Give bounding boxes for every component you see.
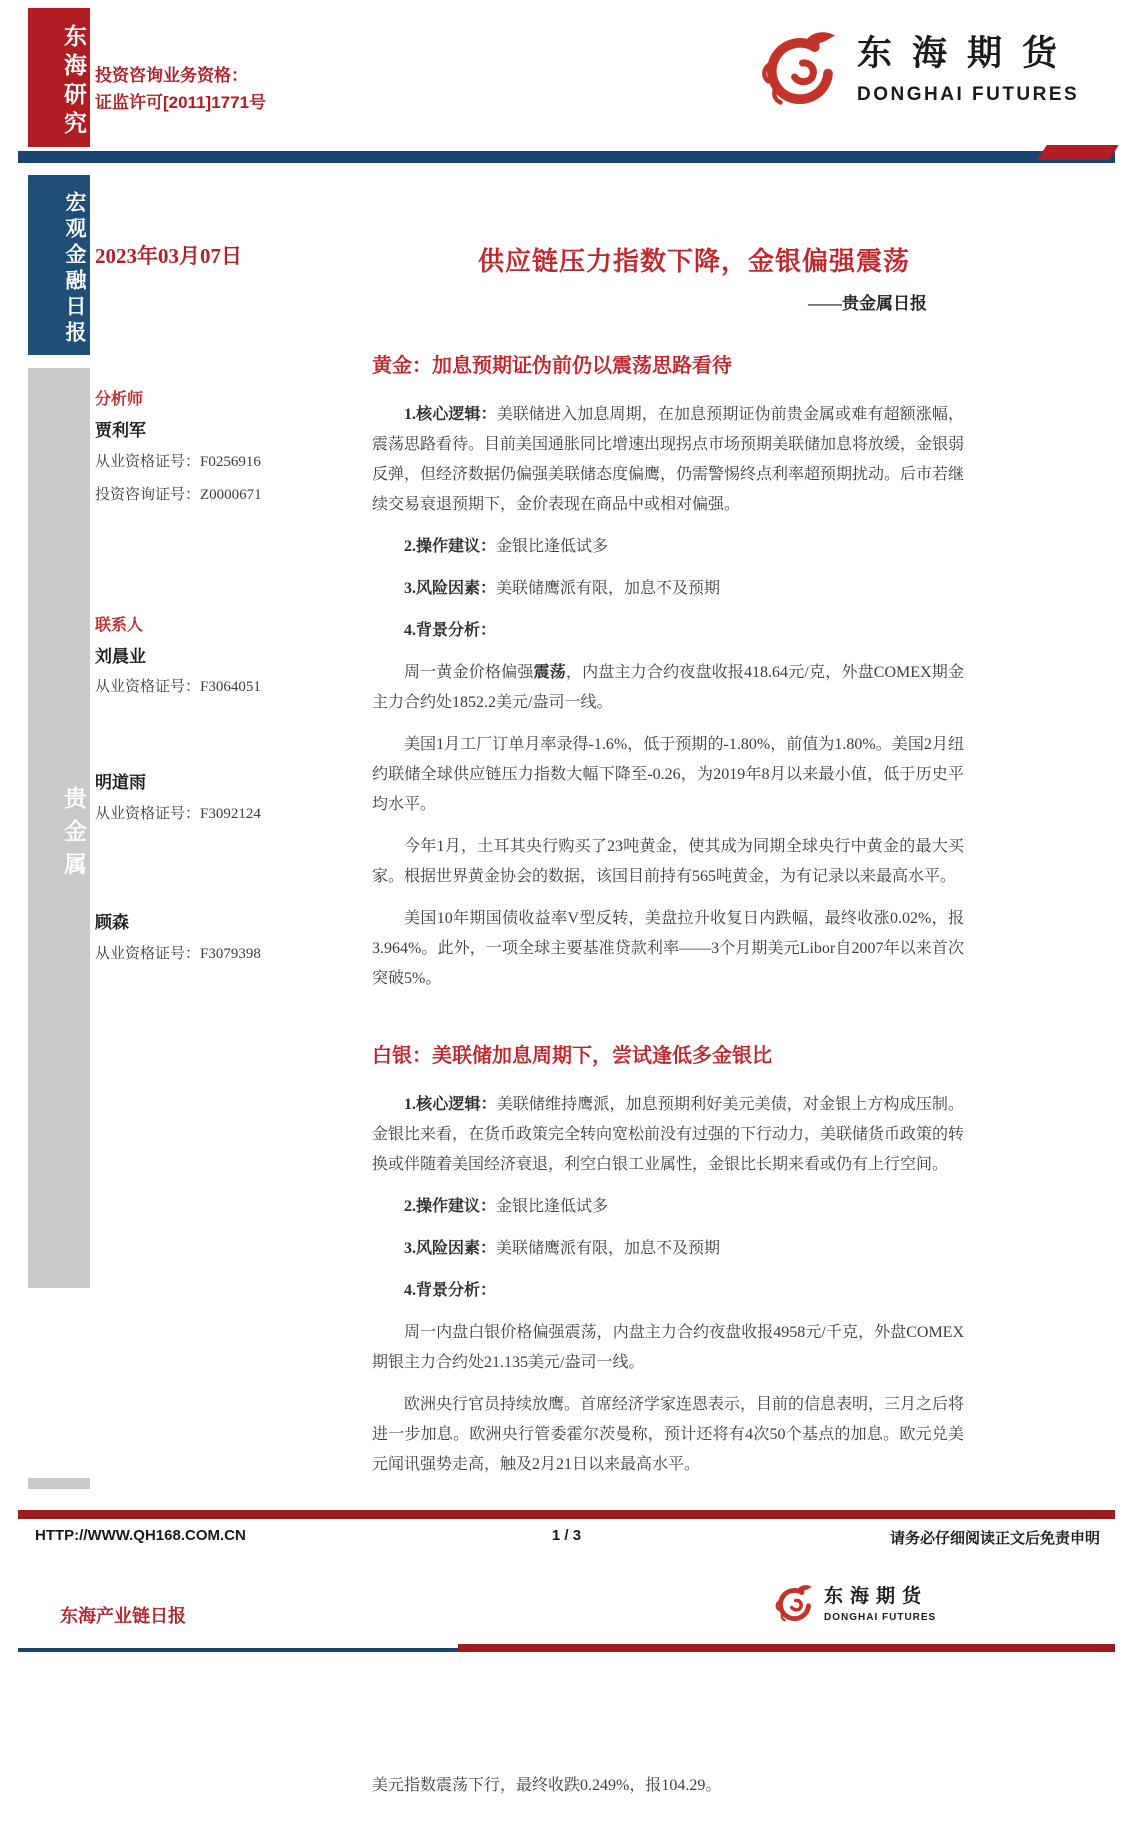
next-page-preview-text: 美元指数震荡下行，最终收跌0.249%，报104.29。 — [372, 1772, 721, 1795]
gold-background-3: 今年1月，土耳其央行购买了23吨黄金，使其成为同期全球央行中黄金的最大买家。根据… — [372, 832, 964, 892]
silver-advice: 2.操作建议：金银比逢低试多 — [372, 1192, 964, 1222]
silver-risk-label: 3.风险因素： — [404, 1240, 496, 1257]
qualification-block: 投资咨询业务资格： 证监许可[2011]1771号 — [95, 62, 266, 116]
report-series-box: 宏观金融日报 — [28, 175, 90, 355]
company-logo-text: 东海期货 DONGHAI FUTURES — [857, 26, 1079, 106]
next-page-series-title: 东海产业链日报 — [60, 1602, 186, 1628]
gold-risk-text: 美联储鹰派有限，加息不及预期 — [496, 580, 720, 597]
gold-risk: 3.风险因素：美联储鹰派有限，加息不及预期 — [372, 574, 964, 604]
company-name-cn: 东海期货 — [857, 26, 1079, 82]
silver-background-label-row: 4.背景分析： — [372, 1276, 964, 1306]
silver-risk-text: 美联储鹰派有限，加息不及预期 — [496, 1240, 720, 1257]
contact-name-1: 刘晨业 — [95, 642, 146, 667]
qualification-line1: 投资咨询业务资格： — [95, 62, 266, 89]
contact-cert-3: 从业资格证号：F3079398 — [95, 942, 261, 963]
gold-core-logic: 1.核心逻辑：美联储进入加息周期，在加息预期证伪前贵金属或难有超额涨幅，震荡思路… — [372, 400, 964, 520]
gold-core-logic-label: 1.核心逻辑： — [404, 406, 497, 423]
category-box: 贵金属 — [28, 368, 90, 1288]
company-name-en: DONGHAI FUTURES — [857, 84, 1079, 106]
research-brand-box: 东海研究 — [28, 8, 90, 147]
analyst-cert-2: 投资咨询证号：Z0000671 — [95, 483, 262, 504]
contact-name-2: 明道雨 — [95, 768, 146, 793]
footer-disclaimer: 请务必仔细阅读正文后免责申明 — [890, 1527, 1100, 1548]
header-divider — [18, 151, 1115, 163]
report-subtitle: ——贵金属日报 — [808, 289, 927, 314]
contact-name-3: 顾森 — [95, 908, 129, 933]
silver-background-2: 欧洲央行官员持续放鹰。首席经济学家连恩表示，目前的信息表明，三月之后将进一步加息… — [372, 1390, 964, 1480]
gold-advice: 2.操作建议：金银比逢低试多 — [372, 532, 964, 562]
qualification-line2: 证监许可[2011]1771号 — [95, 89, 266, 116]
gold-risk-label: 3.风险因素： — [404, 580, 496, 597]
gold-advice-text: 金银比逢低试多 — [496, 538, 608, 555]
report-body: 黄金：加息预期证伪前仍以震荡思路看待 1.核心逻辑：美联储进入加息周期，在加息预… — [372, 352, 964, 1492]
gold-advice-label: 2.操作建议： — [404, 538, 496, 555]
analyst-name: 贾利军 — [95, 416, 146, 441]
category-label: 贵金属 — [28, 786, 90, 885]
silver-section-heading: 白银：美联储加息周期下，尝试逢低多金银比 — [372, 1042, 964, 1070]
gold-section-heading: 黄金：加息预期证伪前仍以震荡思路看待 — [372, 352, 964, 380]
silver-advice-label: 2.操作建议： — [404, 1198, 496, 1215]
dragon-icon — [755, 26, 843, 114]
footer-divider — [18, 1510, 1115, 1519]
contact-cert-2: 从业资格证号：F3092124 — [95, 802, 261, 823]
silver-background-label: 4.背景分析： — [404, 1282, 496, 1299]
header-divider-accent — [1037, 145, 1118, 160]
report-page: 东海研究 宏观金融日报 贵金属 投资咨询业务资格： 证监许可[2011]1771… — [0, 0, 1133, 1821]
gold-background-label-row: 4.背景分析： — [372, 616, 964, 646]
company-logo-small: 东海期货 DONGHAI FUTURES — [772, 1582, 936, 1626]
next-page-divider-red — [458, 1644, 1115, 1652]
silver-advice-text: 金银比逢低试多 — [496, 1198, 608, 1215]
report-title: 供应链压力指数下降，金银偏强震荡 — [478, 241, 910, 278]
gold-background-1-em: 震荡 — [534, 664, 566, 681]
silver-risk: 3.风险因素：美联储鹰派有限，加息不及预期 — [372, 1234, 964, 1264]
gold-background-label: 4.背景分析： — [404, 622, 496, 639]
dragon-icon-small — [772, 1582, 816, 1626]
silver-core-logic: 1.核心逻辑：美联储维持鹰派，加息预期利好美元美债，对金银上方构成压制。金银比来… — [372, 1090, 964, 1180]
company-name-cn-small: 东海期货 — [824, 1582, 936, 1612]
company-logo: 东海期货 DONGHAI FUTURES — [755, 26, 1079, 114]
report-series-label: 宏观金融日报 — [28, 191, 90, 347]
research-brand-label: 东海研究 — [28, 24, 90, 140]
company-logo-small-text: 东海期货 DONGHAI FUTURES — [824, 1582, 936, 1623]
report-date: 2023年03月07日 — [95, 240, 242, 270]
silver-core-logic-label: 1.核心逻辑： — [404, 1096, 497, 1113]
gold-background-2: 美国1月工厂订单月率录得-1.6%，低于预期的-1.80%，前值为1.80%。美… — [372, 730, 964, 820]
silver-background-1: 周一内盘白银价格偏强震荡，内盘主力合约夜盘收报4958元/千克，外盘COMEX期… — [372, 1318, 964, 1378]
analyst-label: 分析师 — [95, 386, 143, 409]
contact-cert-1: 从业资格证号：F3064051 — [95, 675, 261, 696]
category-box-remnant — [28, 1478, 90, 1489]
analyst-cert-1: 从业资格证号：F0256916 — [95, 450, 261, 471]
next-page-divider-blue — [18, 1648, 458, 1652]
gold-background-1-pre: 周一黄金价格偏强 — [404, 664, 534, 681]
gold-background-4: 美国10年期国债收益率V型反转，美盘拉升收复日内跌幅，最终收涨0.02%，报3.… — [372, 904, 964, 994]
contact-label: 联系人 — [95, 612, 143, 635]
company-name-en-small: DONGHAI FUTURES — [824, 1612, 936, 1623]
gold-background-1: 周一黄金价格偏强震荡，内盘主力合约夜盘收报418.64元/克，外盘COMEX期金… — [372, 658, 964, 718]
